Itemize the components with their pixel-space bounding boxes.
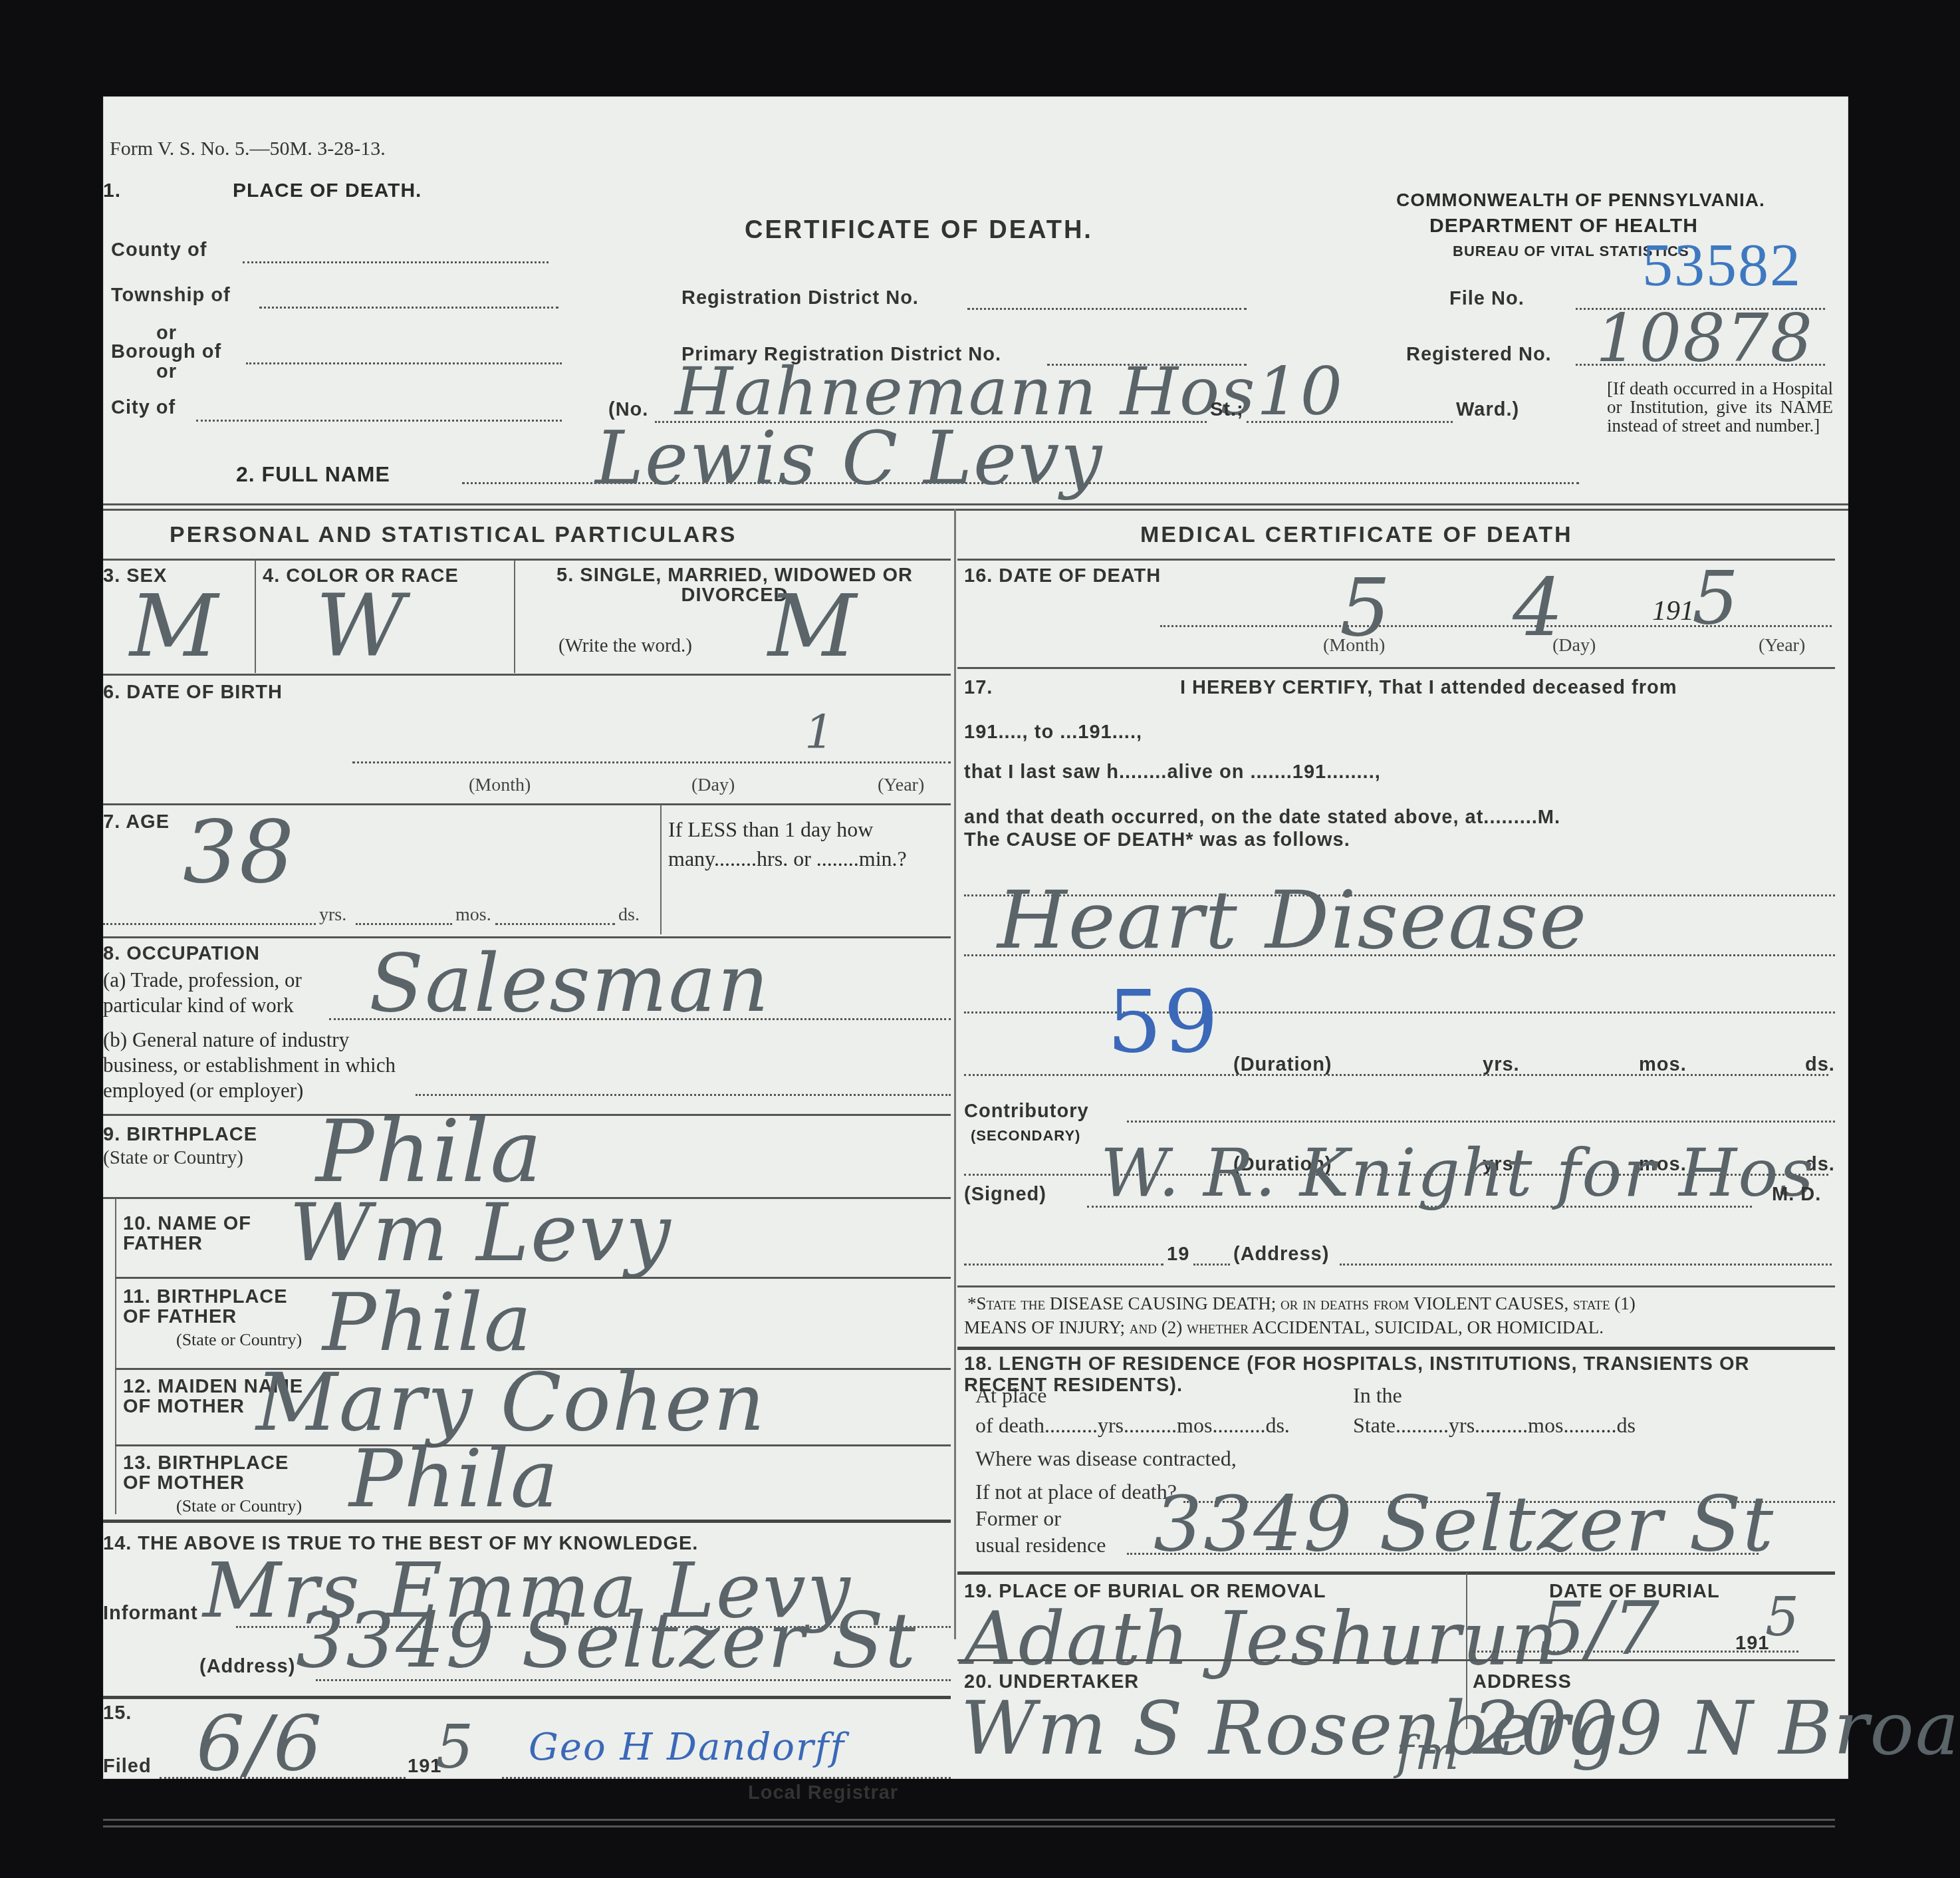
county-label: County of xyxy=(111,239,207,261)
usual-residence-label: usual residence xyxy=(975,1533,1106,1557)
footnote-line-2: MEANS OF INJURY; and (2) whether ACCIDEN… xyxy=(964,1317,1604,1338)
year-19-label: 19 xyxy=(1167,1244,1189,1266)
city-field[interactable] xyxy=(196,420,562,422)
medical-heading: MEDICAL CERTIFICATE OF DEATH xyxy=(1140,522,1573,548)
registration-district-field[interactable] xyxy=(967,308,1247,310)
borough-field[interactable] xyxy=(246,362,562,364)
dob-year-caption: (Year) xyxy=(878,775,924,796)
place-of-death-heading: PLACE OF DEATH. xyxy=(233,180,422,202)
race-value[interactable]: W xyxy=(316,575,406,676)
dob-field[interactable] xyxy=(352,761,951,763)
dob-month-caption: (Month) xyxy=(469,775,531,796)
mother-birthplace-hint: (State or Country) xyxy=(176,1496,302,1516)
filed-date-value: 6/6 xyxy=(196,1699,323,1788)
occupation-b-label: (b) General nature of industry business,… xyxy=(103,1027,409,1103)
of-death-line[interactable]: of death..........yrs..........mos......… xyxy=(975,1413,1290,1438)
registered-no-value: 10878 xyxy=(1596,299,1814,377)
township-label: Township of xyxy=(111,285,231,307)
state-residence-line[interactable]: State..........yrs..........mos.........… xyxy=(1353,1413,1636,1438)
filing-section-number: 15. xyxy=(103,1702,132,1724)
md-label: M. D. xyxy=(1772,1184,1821,1206)
duration-label-1: (Duration) xyxy=(1233,1054,1332,1076)
city-label: City of xyxy=(111,397,176,419)
age-yrs-label: yrs. xyxy=(319,904,346,926)
full-name-label: 2. FULL NAME xyxy=(236,462,390,487)
dob-value: 1 xyxy=(804,705,836,759)
undertaker-suffix: fm xyxy=(1396,1726,1460,1780)
occupation-label: 8. OCCUPATION xyxy=(103,943,260,965)
physician-address-field[interactable] xyxy=(1340,1264,1832,1266)
contributory-field[interactable] xyxy=(1127,1121,1835,1123)
township-field[interactable] xyxy=(259,307,558,309)
age-mos-label: mos. xyxy=(455,904,491,926)
age-ds-label: ds. xyxy=(618,904,640,926)
father-name-label: 10. NAME OF FATHER xyxy=(123,1214,289,1254)
physician-address-label: (Address) xyxy=(1233,1244,1329,1266)
where-contracted-label: Where was disease contracted, xyxy=(975,1446,1237,1471)
borough-label: Borough of xyxy=(111,341,221,363)
death-year-suffix: 5 xyxy=(1692,555,1740,640)
street-suffix-label: St.; xyxy=(1210,399,1244,421)
ward-label: Ward.) xyxy=(1456,399,1519,421)
mother-birthplace-value[interactable]: Phila xyxy=(349,1433,559,1526)
filed-year-suffix: 5 xyxy=(435,1712,475,1782)
age-value[interactable]: 38 xyxy=(183,801,295,902)
physician-signature: W. R. Knight for Hos xyxy=(1100,1134,1815,1212)
death-year-prefix: 191 xyxy=(1652,595,1694,627)
duration-field-1[interactable] xyxy=(964,1074,1828,1076)
registration-district-label: Registration District No. xyxy=(681,287,919,309)
or-label-2: or xyxy=(156,361,177,383)
if-not-at-place-label: If not at place of death? xyxy=(975,1480,1177,1504)
cause-code-stamp: 59 xyxy=(1107,971,1219,1072)
certificate-title: CERTIFICATE OF DEATH. xyxy=(745,216,1093,245)
death-year-caption: (Year) xyxy=(1759,635,1805,656)
form-number: Form V. S. No. 5.—50M. 3-28-13. xyxy=(110,138,386,160)
birthplace-hint: (State or Country) xyxy=(103,1147,243,1169)
filed-label: Filed xyxy=(103,1756,152,1778)
informant-address-value: 3349 Seltzer St xyxy=(296,1596,917,1685)
last-saw-line[interactable]: that I last saw h........alive on ......… xyxy=(964,761,1381,783)
certify-number: 17. xyxy=(964,677,993,699)
occupation-value: Salesman xyxy=(369,938,770,1030)
county-field[interactable] xyxy=(243,261,549,263)
column-divider xyxy=(954,509,956,1639)
cause-of-death-value: Heart Disease xyxy=(997,874,1588,967)
local-registrar-label: Local Registrar xyxy=(748,1782,898,1804)
file-number-stamp: 53582 xyxy=(1642,229,1802,300)
marital-label: 5. SINGLE, MARRIED, WIDOWED OR DIVORCED xyxy=(522,565,947,605)
personal-heading: PERSONAL AND STATISTICAL PARTICULARS xyxy=(170,522,737,548)
occupation-a-label: (a) Trade, profession, or particular kin… xyxy=(103,968,322,1018)
former-or-label: Former or xyxy=(975,1506,1061,1531)
undertaker-address-value[interactable]: 2009 N Broad xyxy=(1473,1686,1960,1771)
cause-intro: The CAUSE OF DEATH* was as follows. xyxy=(964,829,1350,851)
dob-label: 6. DATE OF BIRTH xyxy=(103,682,283,704)
place-of-death-number: 1. xyxy=(103,180,121,202)
signed-label: (Signed) xyxy=(964,1184,1046,1206)
occupation-b-field[interactable] xyxy=(416,1094,951,1096)
usual-residence-value: 3349 Seltzer St xyxy=(1154,1480,1775,1569)
registered-no-label: Registered No. xyxy=(1406,344,1552,366)
attendance-period-line[interactable]: 191...., to ...191...., xyxy=(964,722,1828,743)
mother-birthplace-label: 13. BIRTHPLACE OF MOTHER xyxy=(123,1453,316,1493)
death-certificate: Form V. S. No. 5.—50M. 3-28-13. 1. PLACE… xyxy=(103,96,1848,1779)
certify-text: I HEREBY CERTIFY, That I attended deceas… xyxy=(1180,677,1677,699)
less-than-day-note: If LESS than 1 day how many........hrs. … xyxy=(668,815,947,873)
death-time-line[interactable]: and that death occurred, on the date sta… xyxy=(964,807,1560,829)
hospital-note: [If death occurred in a Hospital or Inst… xyxy=(1607,379,1833,435)
date-of-death-label: 16. DATE OF DEATH xyxy=(964,565,1161,587)
death-month-caption: (Month) xyxy=(1323,635,1385,656)
burial-date-value: 5/7 xyxy=(1539,1586,1661,1671)
ward-value: 10 xyxy=(1257,352,1344,430)
informant-address-label: (Address) xyxy=(199,1656,295,1678)
registrar-field[interactable] xyxy=(502,1777,951,1779)
registrar-signature: Geo H Dandorff xyxy=(529,1726,845,1769)
burial-place-value[interactable]: Adath Jeshurun xyxy=(964,1596,1559,1681)
informant-label: Informant xyxy=(103,1603,198,1625)
duration-mos-1: mos. xyxy=(1639,1054,1687,1076)
age-label: 7. AGE xyxy=(103,811,170,833)
at-place-label: At place xyxy=(975,1383,1047,1408)
footnote-line-1: *State the DISEASE CAUSING DEATH; or in … xyxy=(967,1293,1636,1314)
death-day-caption: (Day) xyxy=(1552,635,1596,656)
marital-value[interactable]: M xyxy=(768,575,858,676)
marital-hint: (Write the word.) xyxy=(558,635,692,657)
authority-line-1: COMMONWEALTH OF PENNSYLVANIA. xyxy=(1396,190,1765,211)
father-birthplace-label: 11. BIRTHPLACE OF FATHER xyxy=(123,1287,316,1327)
burial-year-prefix: 191 xyxy=(1735,1633,1769,1655)
father-birthplace-value[interactable]: Phila xyxy=(322,1277,533,1369)
in-the-label: In the xyxy=(1353,1383,1402,1408)
duration-ds-1: ds. xyxy=(1805,1054,1835,1076)
birthplace-label: 9. BIRTHPLACE xyxy=(103,1124,257,1146)
sex-value[interactable]: M xyxy=(130,575,219,676)
dob-day-caption: (Day) xyxy=(691,775,735,796)
father-name-value[interactable]: Wm Levy xyxy=(289,1187,672,1279)
file-no-label: File No. xyxy=(1449,288,1525,310)
full-name-value: Lewis C Levy xyxy=(595,416,1103,501)
duration-yrs-1: yrs. xyxy=(1483,1054,1520,1076)
burial-year-suffix: 5 xyxy=(1765,1586,1800,1648)
father-birthplace-hint: (State or Country) xyxy=(176,1330,302,1350)
contributory-label: Contributory xyxy=(964,1101,1089,1123)
secondary-label: (SECONDARY) xyxy=(971,1127,1080,1144)
